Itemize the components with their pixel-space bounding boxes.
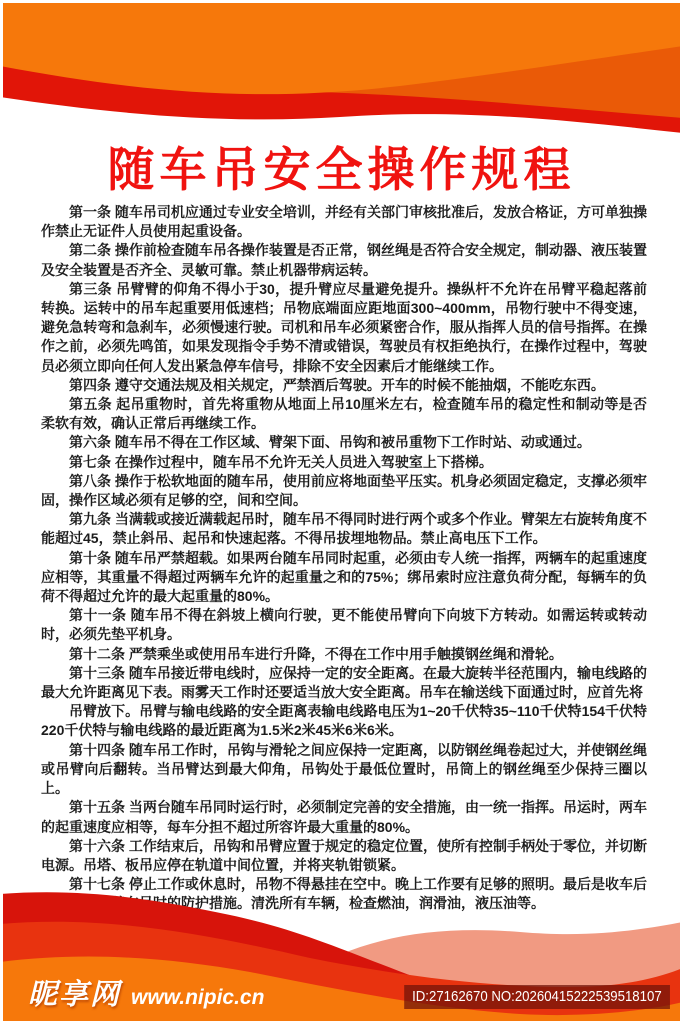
nipic-logo: 昵享网 [28,972,121,1013]
article-paragraph: 第十五条 当两台随车吊同时运行时，必须制定完善的安全措施，由一统一指挥。吊运时，… [41,798,647,836]
article-paragraph: 第十四条 随车吊工作时，吊钩与滑轮之间应保持一定距离，以防钢丝绳卷起过大，并使钢… [41,741,647,799]
page-title: 随车吊安全操作规程 [0,133,683,200]
article-paragraph: 第四条 遵守交通法规及相关规定，严禁酒后驾驶。开车的时候不能抽烟，不能吃东西。 [41,376,647,395]
article-paragraph: 吊臂放下。吊臂与输电线路的安全距离表输电线路电压为1~20千伏特35~110千伏… [41,702,647,740]
image-id-text: ID:27162670 NO:20260415222539518107 [413,988,663,1005]
article-paragraph: 第十三条 随车吊接近带电线时，应保持一定的安全距离。在最大旋转半径范围内，输电线… [41,664,647,702]
article-paragraph: 第二条 操作前检查随车吊各操作装置是否正常，钢丝绳是否符合安全规定，制动器、液压… [41,241,647,279]
article-paragraph: 第十六条 工作结束后，吊钩和吊臂应置于规定的稳定位置，使所有控制手柄处于零位，并… [41,837,647,875]
article-paragraph: 第十一条 随车吊不得在斜坡上横向行驶，更不能使吊臂向下向坡下方转动。如需运转或转… [41,606,647,644]
site-url-text: www.nipic.cn [131,986,264,1010]
article-paragraph: 第九条 当满载或接近满载起吊时，随车吊不得同时进行两个或多个作业。臂架左右旋转角… [41,510,647,548]
article-paragraph: 第十二条 严禁乘坐或使用吊车进行升降，不得在工作中用手触摸钢丝绳和滑轮。 [41,645,647,664]
safety-regulations-poster: 随车吊安全操作规程 第一条 随车吊司机应通过专业安全培训，并经有关部门审核批准后… [0,0,683,1024]
article-paragraph: 第八条 操作于松软地面的随车吊，使用前应将地面垫平压实。机身必须固定稳定，支撑必… [41,472,647,510]
article-paragraph: 第七条 在操作过程中，随车吊不允许无关人员进入驾驶室上下搭梯。 [41,453,647,472]
article-paragraph: 第五条 起吊重物时，首先将重物从地面上吊10厘米左右，检查随车吊的稳定性和制动等… [41,395,647,433]
article-paragraph: 第一条 随车吊司机应通过专业安全培训，并经有关部门审核批准后，发放合格证，方可单… [41,203,647,241]
regulations-text: 第一条 随车吊司机应通过专业安全培训，并经有关部门审核批准后，发放合格证，方可单… [41,203,647,914]
article-paragraph: 第十条 随车吊严禁超载。如果两台随车吊同时起重，必须由专人统一指挥，两辆车的起重… [41,549,647,607]
site-watermark: 昵享网 www.nipic.cn [28,972,264,1013]
article-paragraph: 第三条 吊臂臂的仰角不得小于30，提升臂应尽量避免提升。操纵杆不允许在吊臂平稳起… [41,280,647,376]
image-id-badge: ID:27162670 NO:20260415222539518107 [405,985,670,1009]
article-paragraph: 第六条 随车吊不得在工作区域、臂架下面、吊钩和被吊重物下工作时站、动或通过。 [41,433,647,452]
